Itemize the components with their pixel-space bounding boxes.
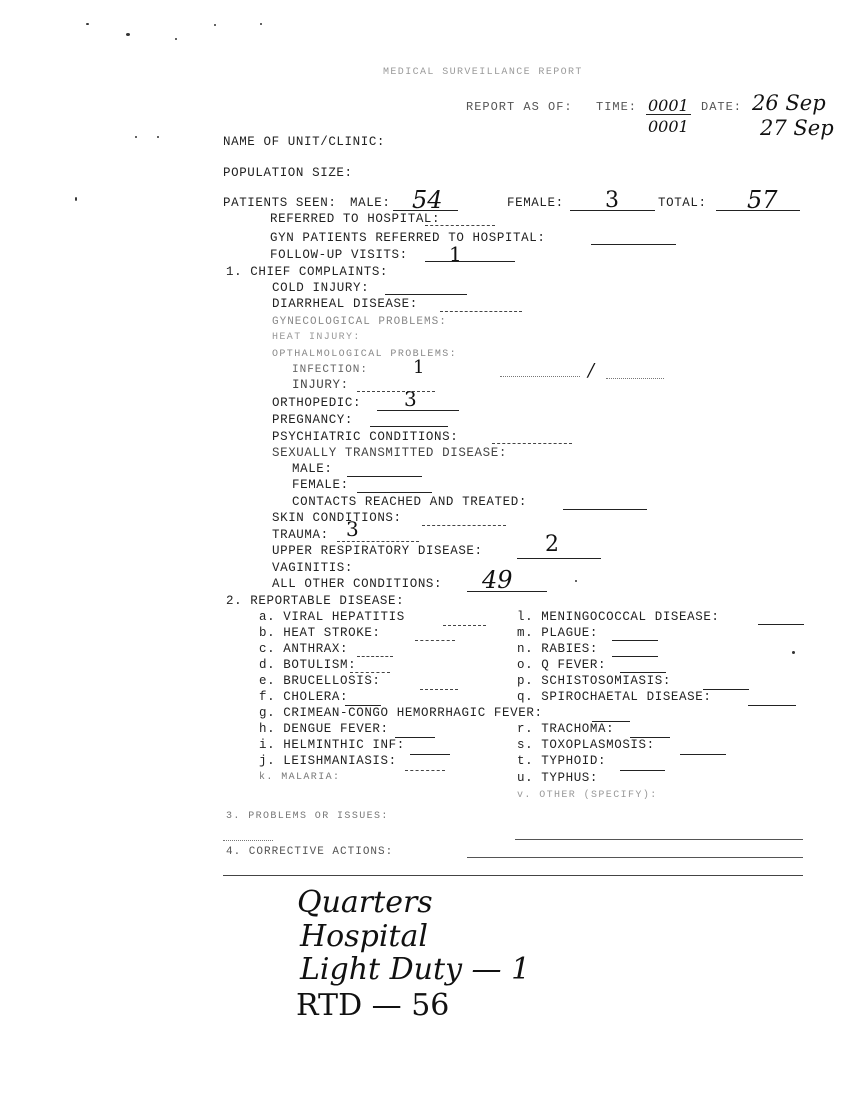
reportable-q: q. SPIROCHAETAL DISEASE: [517, 690, 711, 704]
followup-visits-value: 1 [449, 242, 462, 266]
scan-speck [86, 23, 89, 25]
trauma-label: TRAUMA: [272, 528, 329, 542]
infection-faint-line-2 [606, 378, 664, 379]
reportable-e-line [420, 689, 458, 690]
scan-speck [135, 136, 137, 138]
section1-title: 1. CHIEF COMPLAINTS: [226, 265, 388, 279]
infection-faint-line [500, 376, 580, 377]
orthopedic-value: 3 [404, 387, 417, 411]
date-label: DATE: [701, 100, 742, 114]
reportable-p: p. SCHISTOSOMIASIS: [517, 674, 671, 688]
reportable-u: u. TYPHUS: [517, 771, 598, 785]
infection-label: INFECTION: [292, 363, 368, 377]
handwritten-note-rtd: RTD — 56 [296, 990, 449, 1021]
gynecological-problems-label: GYNECOLOGICAL PROBLEMS: [272, 315, 447, 329]
reportable-b-line [415, 640, 455, 641]
date-value-2: 27 Sep [760, 116, 834, 140]
injury-line [357, 391, 435, 392]
patients-seen-label: PATIENTS SEEN: [223, 196, 336, 210]
section4-line-full [223, 875, 803, 876]
reportable-r: r. TRACHOMA: [517, 722, 614, 736]
reportable-q-line [748, 705, 796, 706]
scanned-report-page: MEDICAL SURVEILLANCE REPORT REPORT AS OF… [0, 0, 850, 1113]
reportable-t-line [620, 770, 665, 771]
patients-male-label: MALE: [350, 196, 391, 210]
scan-speck [126, 33, 130, 36]
reportable-m: m. PLAGUE: [517, 626, 598, 640]
opthalmological-problems-label: OPTHALMOLOGICAL PROBLEMS: [272, 348, 457, 362]
reportable-l-line [758, 624, 804, 625]
contacts-treated-label: CONTACTS REACHED AND TREATED: [292, 495, 527, 509]
gyn-referred-label: GYN PATIENTS REFERRED TO HOSPITAL: [270, 231, 545, 245]
skin-conditions-line [422, 525, 506, 526]
cold-injury-label: COLD INJURY: [272, 281, 369, 295]
all-other-conditions-label: ALL OTHER CONDITIONS: [272, 577, 442, 591]
date-value-1: 26 Sep [752, 91, 826, 115]
reportable-j-line [405, 770, 445, 771]
std-female-line [357, 492, 432, 493]
reportable-k: k. MALARIA: [259, 771, 340, 785]
gyn-referred-line [591, 244, 676, 245]
reportable-a: a. VIRAL HEPATITIS [259, 610, 405, 624]
pregnancy-line [370, 426, 448, 427]
scan-speck [75, 197, 77, 201]
section4-title: 4. CORRECTIVE ACTIONS: [226, 845, 393, 859]
reportable-b: b. HEAT STROKE: [259, 626, 381, 640]
unit-clinic-label: NAME OF UNIT/CLINIC: [223, 135, 385, 149]
all-other-conditions-value: 49 [482, 566, 513, 594]
scan-speck [260, 23, 262, 25]
section3-line-left [223, 840, 273, 841]
handwritten-note-light-duty: Light Duty — 1 [300, 954, 530, 985]
skin-conditions-label: SKIN CONDITIONS: [272, 511, 402, 525]
handwritten-note-quarters: Quarters [297, 887, 433, 918]
followup-visits-line [425, 261, 515, 262]
reportable-a-line [443, 625, 486, 626]
patients-male-value: 54 [412, 186, 443, 214]
orthopedic-line [377, 410, 459, 411]
handwritten-note-hospital: Hospital [300, 921, 428, 952]
reportable-i: i. HELMINTHIC INF: [259, 738, 405, 752]
patients-total-value: 57 [747, 186, 778, 214]
std-female-label: FEMALE: [292, 478, 349, 492]
time-underline [646, 114, 691, 115]
reportable-v: v. OTHER (SPECIFY): [517, 789, 658, 803]
report-title: MEDICAL SURVEILLANCE REPORT [383, 66, 583, 80]
scan-speck [214, 24, 216, 26]
trauma-line [337, 541, 419, 542]
time-value-2: 0001 [648, 117, 689, 136]
reportable-f: f. CHOLERA: [259, 690, 348, 704]
time-value-1: 0001 [648, 96, 689, 115]
reportable-n-line [612, 656, 658, 657]
reportable-d-line [350, 672, 390, 673]
reportable-c-line [357, 656, 393, 657]
vaginitis-label: VAGINITIS: [272, 561, 353, 575]
upper-respiratory-label: UPPER RESPIRATORY DISEASE: [272, 544, 483, 558]
scan-speck [175, 38, 177, 40]
contacts-treated-line [563, 509, 647, 510]
trauma-value: 3 [346, 517, 359, 541]
patients-total-label: TOTAL: [658, 196, 707, 210]
reportable-o-line [620, 672, 666, 673]
followup-visits-label: FOLLOW-UP VISITS: [270, 248, 408, 262]
upper-respiratory-line [517, 558, 601, 559]
reportable-n: n. RABIES: [517, 642, 598, 656]
injury-label: INJURY: [292, 378, 349, 392]
reportable-e: e. BRUCELLOSIS: [259, 674, 381, 688]
reportable-h: h. DENGUE FEVER: [259, 722, 389, 736]
infection-value: 1 [413, 357, 424, 378]
reportable-c: c. ANTHRAX: [259, 642, 348, 656]
diarrheal-disease-label: DIARRHEAL DISEASE: [272, 297, 418, 311]
std-label: SEXUALLY TRANSMITTED DISEASE: [272, 446, 507, 460]
pregnancy-label: PREGNANCY: [272, 413, 353, 427]
patients-female-label: FEMALE: [507, 196, 564, 210]
reportable-g: g. CRIMEAN-CONGO HEMORRHAGIC FEVER: [259, 706, 543, 720]
reportable-i-line [410, 754, 450, 755]
reportable-m-line [612, 640, 658, 641]
population-size-label: POPULATION SIZE: [223, 166, 353, 180]
report-as-of-label: REPORT AS OF: [466, 100, 573, 114]
section3-line-right [515, 839, 803, 840]
std-male-line [347, 476, 422, 477]
scan-speck [157, 136, 159, 138]
upper-respiratory-value: 2 [545, 532, 559, 557]
section4-line-right [467, 857, 803, 858]
reportable-s: s. TOXOPLASMOSIS: [517, 738, 655, 752]
patients-female-value: 3 [605, 188, 619, 213]
infection-slash: / [588, 360, 594, 381]
reportable-t: t. TYPHOID: [517, 754, 606, 768]
section2-title: 2. REPORTABLE DISEASE: [226, 594, 404, 608]
referred-to-hospital-line [425, 225, 495, 226]
scan-speck [575, 580, 577, 582]
reportable-o: o. Q FEVER: [517, 658, 606, 672]
reportable-d: d. BOTULISM: [259, 658, 356, 672]
reportable-l: l. MENINGOCOCCAL DISEASE: [517, 610, 720, 624]
referred-to-hospital-label: REFERRED TO HOSPITAL: [270, 212, 440, 226]
reportable-j: j. LEISHMANIASIS: [259, 754, 397, 768]
heat-injury-label: HEAT INJURY: [272, 331, 361, 345]
orthopedic-label: ORTHOPEDIC: [272, 396, 361, 410]
diarrheal-disease-line [440, 311, 522, 312]
scan-speck [792, 651, 795, 654]
psychiatric-conditions-label: PSYCHIATRIC CONDITIONS: [272, 430, 458, 444]
std-male-label: MALE: [292, 462, 333, 476]
psychiatric-conditions-line [492, 443, 572, 444]
time-label: TIME: [596, 100, 637, 114]
section3-title: 3. PROBLEMS OR ISSUES: [226, 810, 389, 824]
cold-injury-line [385, 294, 467, 295]
reportable-s-line [680, 754, 726, 755]
